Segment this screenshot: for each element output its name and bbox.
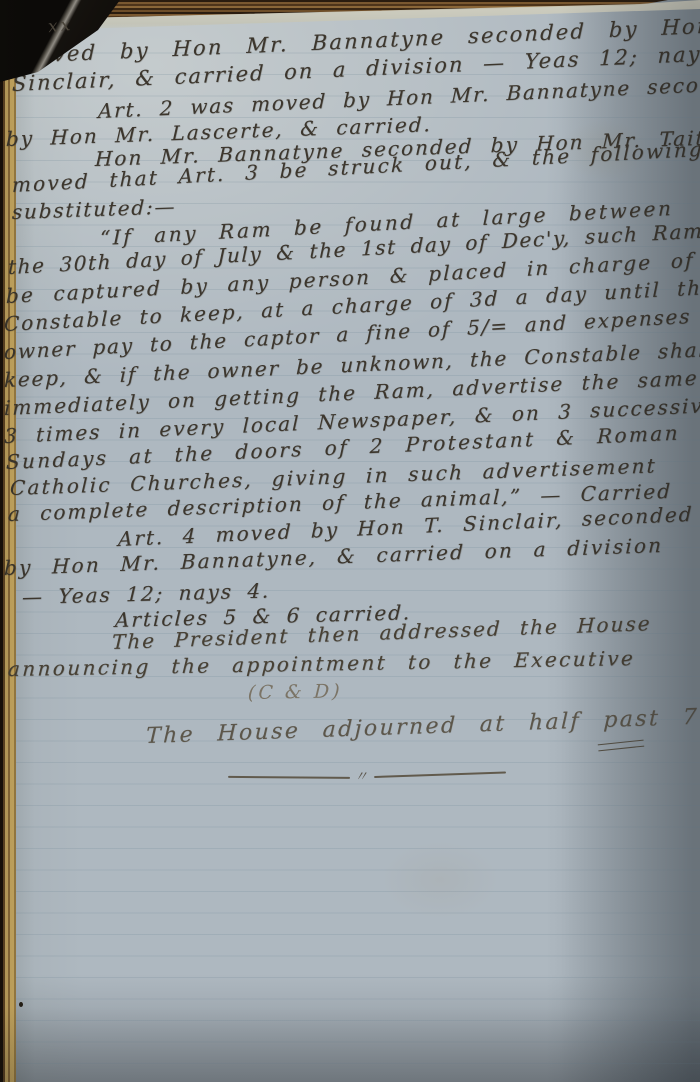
book-page-edges xyxy=(0,0,18,1082)
flourish-line-right xyxy=(374,771,506,777)
ink-speck xyxy=(19,1002,23,1007)
pencil-annotation: xx xyxy=(47,15,74,38)
paper-stain xyxy=(380,840,500,920)
manuscript-photo: moved by Hon Mr. Bannatyne seconded by H… xyxy=(0,0,700,1082)
flourish-line-left xyxy=(228,776,350,779)
executive-note: (C & D) xyxy=(247,680,343,704)
flourish-mark: 〃 xyxy=(354,766,368,786)
